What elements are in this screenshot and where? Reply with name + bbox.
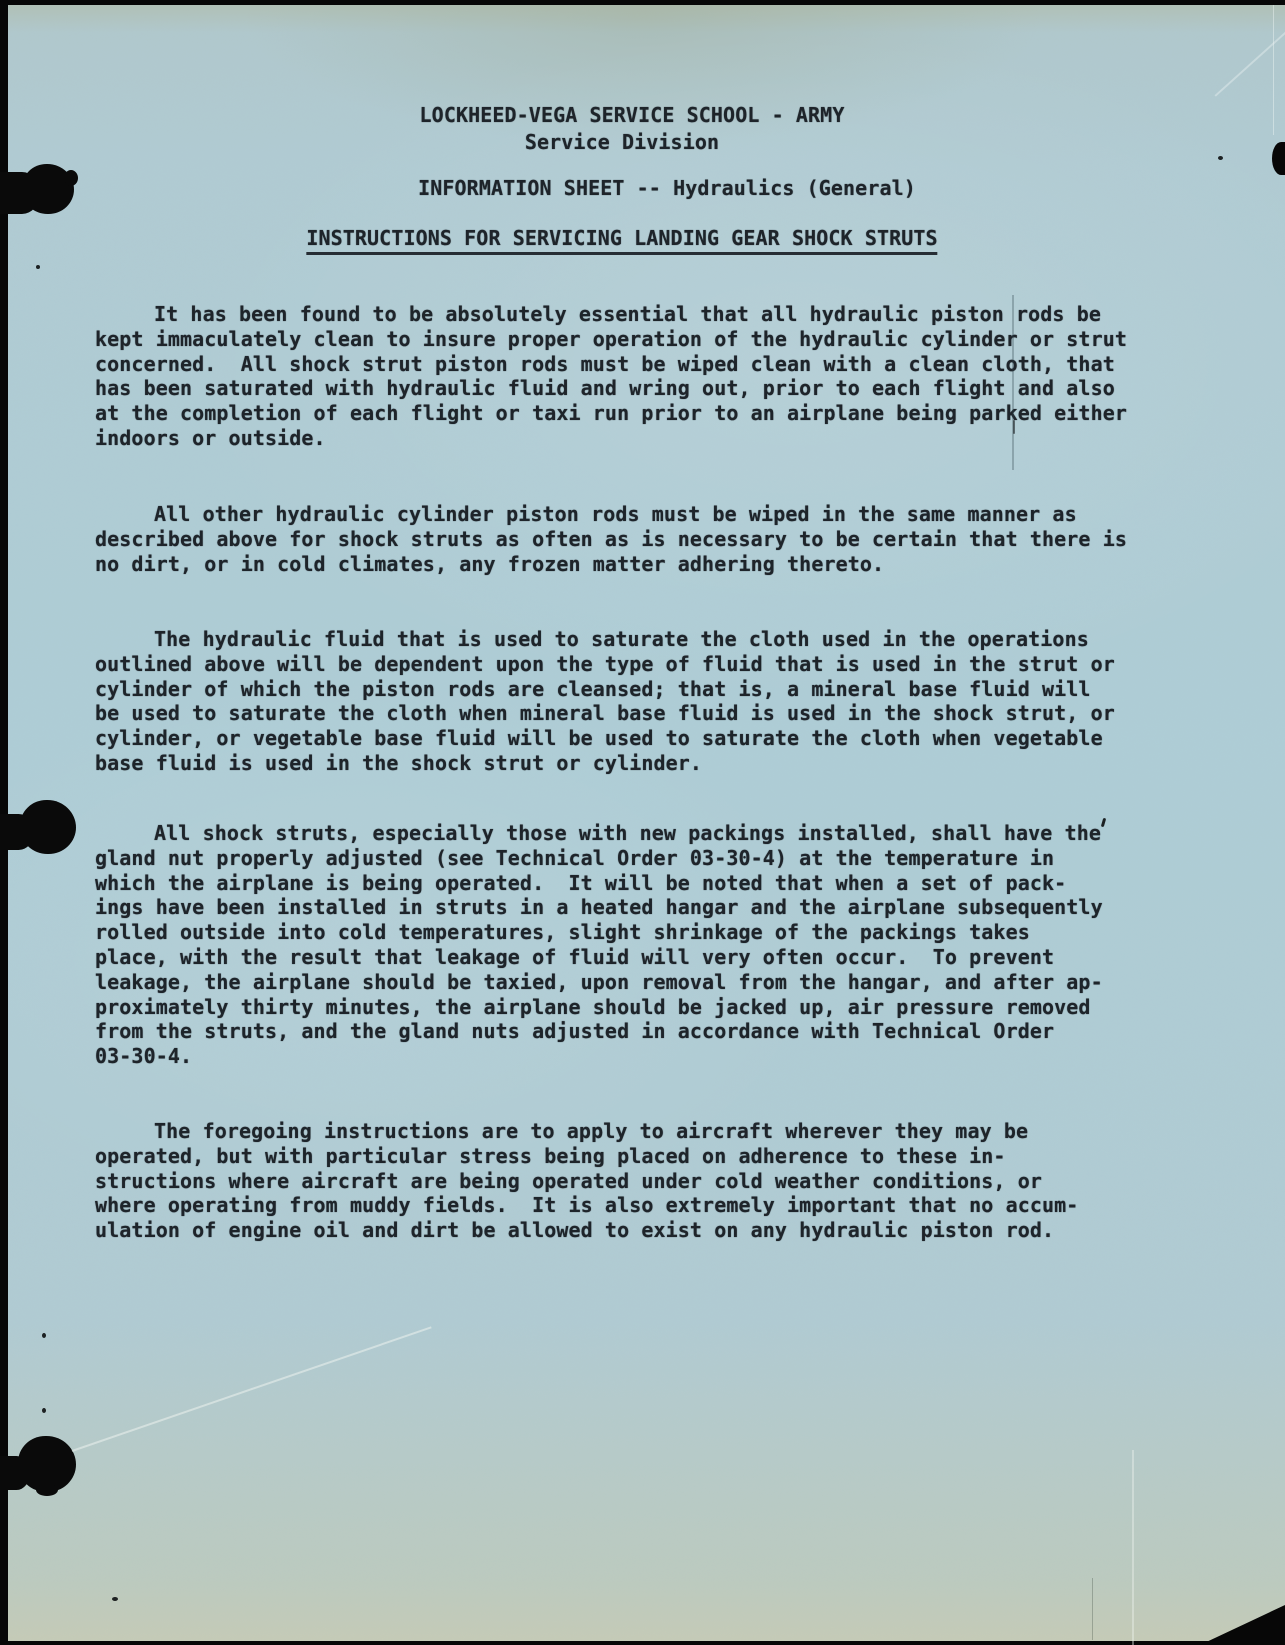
text-line: ings have been installed in struts in a …	[95, 895, 1155, 920]
text-line: outlined above will be dependent upon th…	[95, 652, 1155, 677]
text-line: base fluid is used in the shock strut or…	[95, 751, 1155, 776]
text-line: ulation of engine oil and dirt be allowe…	[95, 1218, 1155, 1243]
paper-crease	[72, 1326, 432, 1452]
text-line: no dirt, or in cold climates, any frozen…	[95, 552, 1155, 577]
text-line: All other hydraulic cylinder piston rods…	[95, 502, 1155, 527]
text-line: gland nut properly adjusted (see Technic…	[95, 846, 1155, 871]
ink-stray-mark	[1013, 420, 1015, 434]
paragraph-5: The foregoing instructions are to apply …	[95, 1119, 1155, 1243]
text-line: has been saturated with hydraulic fluid …	[95, 376, 1155, 401]
text-line: be used to saturate the cloth when miner…	[95, 701, 1155, 726]
text-line: The hydraulic fluid that is used to satu…	[95, 627, 1155, 652]
page-corner-cut	[1200, 1605, 1285, 1645]
dust-speck	[1218, 156, 1223, 160]
page-edge-bottom	[0, 1641, 1285, 1645]
document-title: INSTRUCTIONS FOR SERVICING LANDING GEAR …	[306, 226, 937, 255]
paragraph-4: All shock struts, especially those with …	[95, 821, 1155, 1069]
text-line: at the completion of each flight or taxi…	[95, 401, 1155, 426]
dust-speck	[112, 1597, 118, 1601]
dust-speck	[42, 1408, 46, 1413]
text-line: structions where aircraft are being oper…	[95, 1169, 1155, 1194]
paper-crease	[1092, 1578, 1093, 1640]
hole-blob	[0, 814, 34, 850]
paper-crease	[1214, 22, 1285, 97]
page-edge-top	[0, 0, 1285, 5]
text-line: leakage, the airplane should be taxied, …	[95, 970, 1155, 995]
text-line: kept immaculately clean to insure proper…	[95, 327, 1155, 352]
text-line: cylinder, or vegetable base fluid will b…	[95, 726, 1155, 751]
edge-notch	[1272, 142, 1285, 175]
header-division-line: Service Division	[525, 130, 719, 155]
header-sheet-line: INFORMATION SHEET -- Hydraulics (General…	[418, 176, 916, 201]
text-line: rolled outside into cold temperatures, s…	[95, 920, 1155, 945]
text-line: proximately thirty minutes, the airplane…	[95, 995, 1155, 1020]
text-line: which the airplane is being operated. It…	[95, 871, 1155, 896]
text-line: The foregoing instructions are to apply …	[95, 1119, 1155, 1144]
text-line: described above for shock struts as ofte…	[95, 527, 1155, 552]
hole-blob	[36, 1484, 58, 1496]
text-line: from the struts, and the gland nuts adju…	[95, 1019, 1155, 1044]
text-line: cylinder of which the piston rods are cl…	[95, 677, 1155, 702]
paragraph-2: All other hydraulic cylinder piston rods…	[95, 502, 1155, 576]
paragraph-1: It has been found to be absolutely essen…	[95, 302, 1155, 451]
text-line: place, with the result that leakage of f…	[95, 945, 1155, 970]
paragraph-3: The hydraulic fluid that is used to satu…	[95, 627, 1155, 776]
header-school-line: LOCKHEED-VEGA SERVICE SCHOOL - ARMY	[420, 103, 845, 128]
paper-crease	[1132, 1450, 1134, 1645]
text-line: operated, but with particular stress bei…	[95, 1144, 1155, 1169]
text-line: 03-30-4.	[95, 1044, 1155, 1069]
dust-speck	[36, 265, 40, 269]
text-line: indoors or outside.	[95, 426, 1155, 451]
dust-speck	[42, 1333, 46, 1338]
paper-crease	[1273, 5, 1274, 135]
text-line: All shock struts, especially those with …	[95, 821, 1155, 846]
hole-blob	[0, 1456, 30, 1490]
text-line: It has been found to be absolutely essen…	[95, 302, 1155, 327]
text-line: concerned. All shock strut piston rods m…	[95, 352, 1155, 377]
scanned-document-page: LOCKHEED-VEGA SERVICE SCHOOL - ARMY Serv…	[0, 0, 1285, 1645]
text-line: where operating from muddy fields. It is…	[95, 1193, 1155, 1218]
hole-blob	[0, 172, 40, 214]
hole-blob	[64, 170, 78, 186]
